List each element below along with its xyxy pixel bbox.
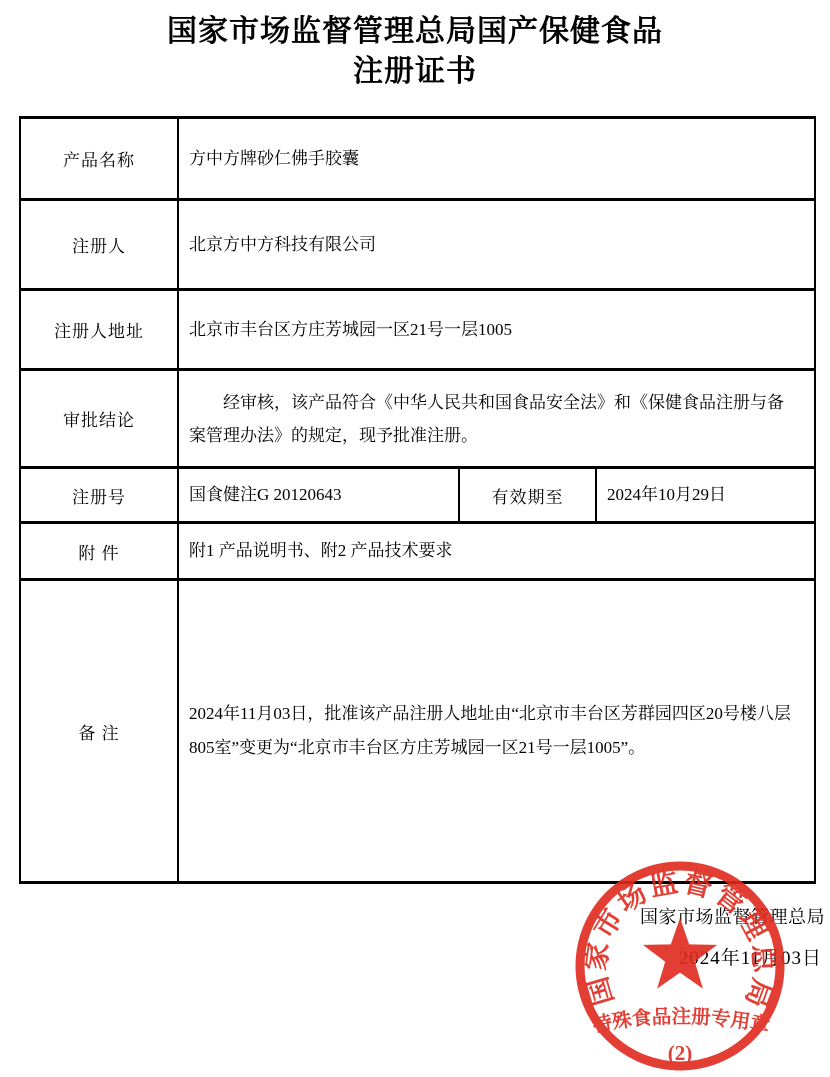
field-label-approval-conclusion: 审批结论 xyxy=(20,370,178,468)
field-label-registrant-address: 注册人地址 xyxy=(20,290,178,370)
field-value-registrant: 北京方中方科技有限公司 xyxy=(178,200,815,290)
table-row-registration-number: 注册号 国食健注G 20120643 有效期至 2024年10月29日 xyxy=(20,468,815,523)
field-value-valid-until: 2024年10月29日 xyxy=(596,468,815,523)
field-value-registration-number: 国食健注G 20120643 xyxy=(178,468,459,523)
field-label-product-name: 产品名称 xyxy=(20,118,178,200)
table-row-product-name: 产品名称 方中方牌砂仁佛手胶囊 xyxy=(20,118,815,200)
field-label-registrant: 注册人 xyxy=(20,200,178,290)
field-label-valid-until: 有效期至 xyxy=(459,468,596,523)
certificate-title: 国家市场监督管理总局国产保健食品 注册证书 xyxy=(0,12,830,92)
official-seal: 国家市场监督管理总局 特殊食品注册专用章 (2) xyxy=(570,856,790,1076)
remarks-text: 2024年11月03日，批准该产品注册人地址由“北京市丰台区芳群园四区20号楼八… xyxy=(189,697,800,765)
field-value-remarks: 2024年11月03日，批准该产品注册人地址由“北京市丰台区芳群园四区20号楼八… xyxy=(178,580,815,883)
table-row-registrant: 注册人 北京方中方科技有限公司 xyxy=(20,200,815,290)
certificate-page: 国家市场监督管理总局国产保健食品 注册证书 产品名称 方中方牌砂仁佛手胶囊 注册… xyxy=(0,0,830,1077)
title-line-1: 国家市场监督管理总局国产保健食品 xyxy=(0,12,830,52)
field-label-remarks: 备 注 xyxy=(20,580,178,883)
table-row-approval-conclusion: 审批结论 经审核，该产品符合《中华人民共和国食品安全法》和《保健食品注册与备案管… xyxy=(20,370,815,468)
field-value-attachments: 附1 产品说明书、附2 产品技术要求 xyxy=(178,523,815,580)
seal-star-icon xyxy=(643,918,717,989)
seal-bottom-text: 特殊食品注册专用章 xyxy=(591,1005,773,1037)
approval-conclusion-text: 经审核，该产品符合《中华人民共和国食品安全法》和《保健食品注册与备案管理办法》的… xyxy=(189,386,800,452)
field-value-approval-conclusion: 经审核，该产品符合《中华人民共和国食品安全法》和《保健食品注册与备案管理办法》的… xyxy=(178,370,815,468)
certificate-table: 产品名称 方中方牌砂仁佛手胶囊 注册人 北京方中方科技有限公司 注册人地址 北京… xyxy=(19,116,816,884)
field-value-registrant-address: 北京市丰台区方庄芳城园一区21号一层1005 xyxy=(178,290,815,370)
table-row-remarks: 备 注 2024年11月03日，批准该产品注册人地址由“北京市丰台区芳群园四区2… xyxy=(20,580,815,883)
field-value-product-name: 方中方牌砂仁佛手胶囊 xyxy=(178,118,815,200)
field-label-attachments: 附 件 xyxy=(20,523,178,580)
seal-number: (2) xyxy=(668,1041,693,1065)
table-row-attachments: 附 件 附1 产品说明书、附2 产品技术要求 xyxy=(20,523,815,580)
table-row-registrant-address: 注册人地址 北京市丰台区方庄芳城园一区21号一层1005 xyxy=(20,290,815,370)
title-line-2: 注册证书 xyxy=(0,52,830,92)
field-label-registration-number: 注册号 xyxy=(20,468,178,523)
